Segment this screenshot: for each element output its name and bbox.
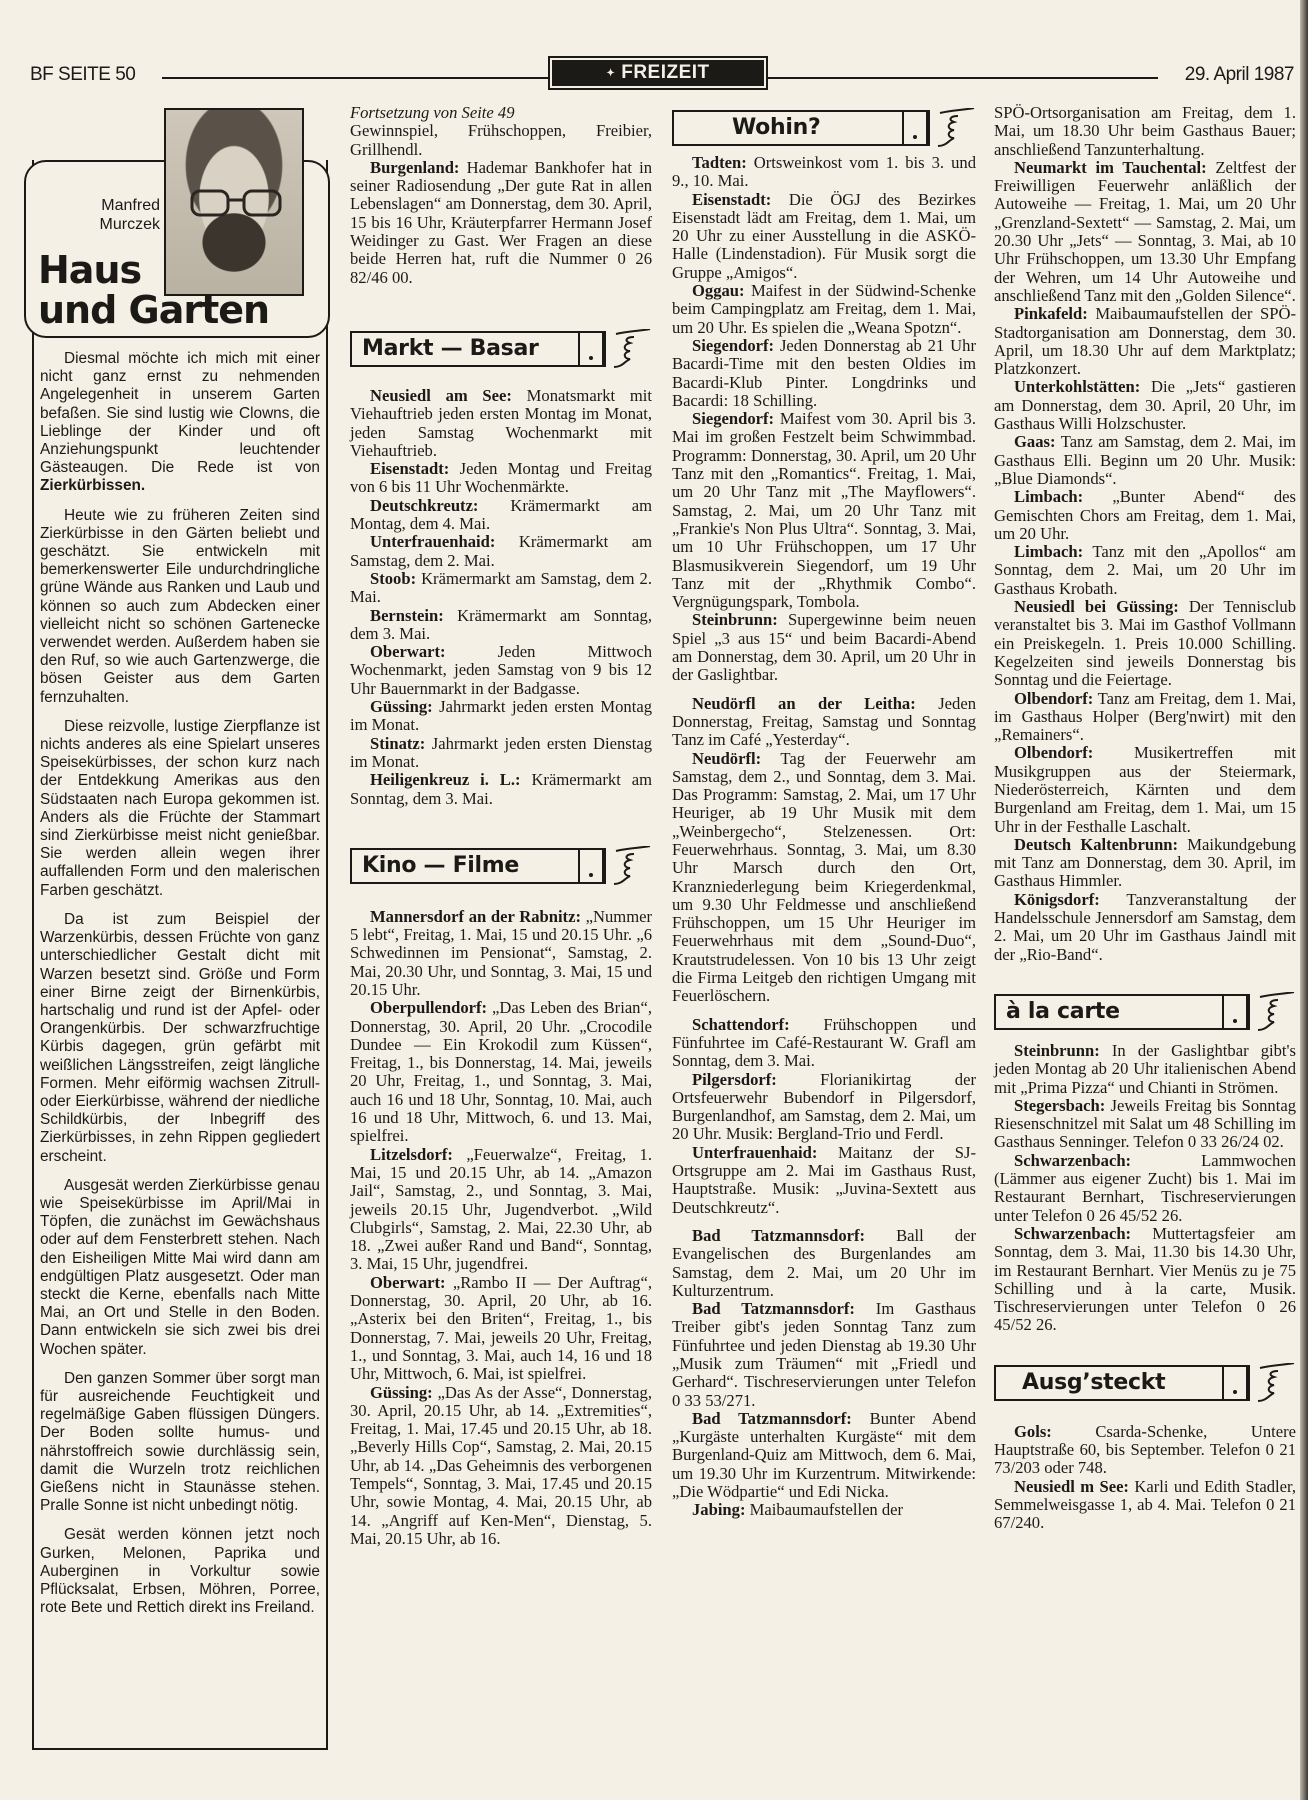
section-title: Kino — Filme <box>362 852 519 880</box>
listing-entry: Olbendorf: Musikertreffen mit Musikgrupp… <box>994 744 1296 835</box>
glasses-icon <box>188 188 284 218</box>
listing-entry: Gaas: Tanz am Samstag, dem 2. Mai, im Ga… <box>994 433 1296 488</box>
paragraph: Heute wie zu früheren Zeiten sind Zierkü… <box>40 507 320 707</box>
listing-entry: Königsdorf: Tanzveranstaltung der Handel… <box>994 891 1296 964</box>
paragraph: Gesät werden können jetzt noch Gurken, M… <box>40 1526 320 1617</box>
listing-entry: Tadten: Ortsweinkost vom 1. bis 3. und 9… <box>672 154 976 191</box>
listing-entry: Pinkafeld: Maibaumaufstellen der SPÖ-Sta… <box>994 305 1296 378</box>
page-edge-shadow <box>1300 0 1308 1800</box>
feature-title-line1: Haus <box>38 252 141 288</box>
continuation-text: SPÖ-Ortsorganisation am Freitag, dem 1. … <box>994 104 1296 159</box>
continuation-note: Fortsetzung von Seite 49 <box>350 104 652 122</box>
listing-entry: Pilgersdorf: Florianikirtag der Ortsfeue… <box>672 1071 976 1144</box>
section-title: Markt — Basar <box>362 335 539 363</box>
listing-entry: Neusiedl bei Güssing: Der Tennisclub ver… <box>994 598 1296 689</box>
listing-entry: Deutsch Kaltenbrunn: Maikundgebung mit T… <box>994 836 1296 891</box>
listing-entry: Deutschkreutz: Krämermarkt am Montag, de… <box>350 497 652 534</box>
listing-entry: Neudörfl: Tag der Feuerwehr am Samstag, … <box>672 750 976 1006</box>
page-number: BF SEITE 50 <box>30 64 135 86</box>
listing-entry: Bad Tatzmannsdorf: Bunter Abend „Kurgäst… <box>672 1410 976 1501</box>
listing-entry: Schwarzenbach: Muttertagsfeier am Sonnta… <box>994 1225 1296 1335</box>
feature-title-line2: und Garten <box>38 292 269 328</box>
issue-date: 29. April 1987 <box>1185 64 1294 86</box>
listing-entry: Litzelsdorf: „Feuerwalze“, Freitag, 1. M… <box>350 1146 652 1274</box>
paragraph: Da ist zum Beispiel der Warzenkürbis, de… <box>40 911 320 1166</box>
section-title: FREIZEIT <box>621 62 709 84</box>
listing-entry: Limbach: Tanz mit den „Apollos“ am Sonnt… <box>994 543 1296 598</box>
listing-entry: Oberpullendorf: „Das Leben des Brian“, D… <box>350 999 652 1145</box>
listing-entry: Stinatz: Jahrmarkt jeden ersten Dienstag… <box>350 735 652 772</box>
pointing-hand-icon <box>918 108 976 148</box>
author-photo <box>164 108 304 296</box>
listing-entry: Bad Tatzmannsdorf: Ball der Evangelische… <box>672 1227 976 1300</box>
listing-entry: Steinbrunn: Supergewinne beim neuen Spie… <box>672 611 976 684</box>
listing-entry: Eisenstadt: Die ÖGJ des Bezirkes Eisenst… <box>672 191 976 282</box>
listing-entry: Güssing: „Das As der Asse“, Donnerstag, … <box>350 1384 652 1549</box>
listing-entry: Neumarkt im Tauchental: Zeltfest der Fre… <box>994 159 1296 305</box>
listing-entry: Oberwart: „Rambo II — Der Auftrag“, Donn… <box>350 1274 652 1384</box>
column-3: Wohin? Tadten: Ortsweinkost vom 1. bis 3… <box>672 108 976 1520</box>
section-title: Ausg’steckt <box>1022 1369 1165 1397</box>
section-title: à la carte <box>1006 998 1120 1026</box>
column-2: Fortsetzung von Seite 49 Gewinnspiel, Fr… <box>350 104 652 1548</box>
listing-entry: Eisenstadt: Jeden Montag und Freitag von… <box>350 460 652 497</box>
header-rule-right <box>768 77 1158 79</box>
listing-entry: Steinbrunn: In der Gaslightbar gibt's je… <box>994 1042 1296 1097</box>
listing-entry: Bad Tatzmannsdorf: Im Gasthaus Treiber g… <box>672 1300 976 1410</box>
paragraph: Den ganzen Sommer über sorgt man für aus… <box>40 1370 320 1516</box>
pointing-hand-icon <box>594 846 652 886</box>
paragraph: Diesmal möchte ich mich mit einer nicht … <box>40 350 320 496</box>
pointing-hand-icon <box>1238 992 1296 1032</box>
listing-entry: Schattendorf: Frühschoppen und Fünfuhrte… <box>672 1016 976 1071</box>
listing-entry: Schwarzenbach: Lammwochen (Lämmer aus ei… <box>994 1152 1296 1225</box>
section-header-markt: Markt — Basar <box>350 329 652 369</box>
section-header-ausgsteckt: Ausg’steckt <box>994 1363 1296 1403</box>
section-title: Wohin? <box>732 114 820 142</box>
listing-entry: Neusiedl m See: Karli und Edith Stadler,… <box>994 1478 1296 1533</box>
listing-entry: Unterfrauenhaid: Maitanz der SJ-Ortsgrup… <box>672 1144 976 1217</box>
listing-entry: Mannersdorf an der Rabnitz: „Nummer 5 le… <box>350 908 652 999</box>
listing-entry: Heiligenkreuz i. L.: Krämermarkt am Sonn… <box>350 771 652 808</box>
section-header-wohin: Wohin? <box>672 108 976 148</box>
listing-entry: Olbendorf: Tanz am Freitag, dem 1. Mai, … <box>994 690 1296 745</box>
header-rule-left <box>162 77 548 79</box>
pointing-hand-icon <box>594 329 652 369</box>
continuation-text: Gewinnspiel, Frühschoppen, Freibier, Gri… <box>350 122 652 159</box>
listing-entry: Gols: Csarda-Schenke, Untere Hauptstraße… <box>994 1423 1296 1478</box>
listing-entry: Burgenland: Hademar Bankhofer hat in sei… <box>350 159 652 287</box>
listing-entry: Siegendorf: Jeden Donnerstag ab 21 Uhr B… <box>672 337 976 410</box>
listing-entry: Limbach: „Bunter Abend“ des Gemischten C… <box>994 488 1296 543</box>
listing-entry: Bernstein: Krämermarkt am Sonntag, dem 3… <box>350 607 652 644</box>
listing-entry: Neudörfl an der Leitha: Jeden Donnerstag… <box>672 695 976 750</box>
author-byline: Manfred Murczek <box>60 196 160 234</box>
section-banner: ✦FREIZEIT <box>548 56 768 90</box>
section-header-alacarte: à la carte <box>994 992 1296 1032</box>
listing-entry: Unterfrauenhaid: Krämermarkt am Samstag,… <box>350 533 652 570</box>
listing-entry: Unterkohlstätten: Die „Jets“ gastieren a… <box>994 378 1296 433</box>
paragraph: Diese reizvolle, lustige Zierpflanze ist… <box>40 718 320 900</box>
listing-entry: Stoob: Krämermarkt am Samstag, dem 2. Ma… <box>350 570 652 607</box>
listing-entry: Stegersbach: Jeweils Freitag bis Sonntag… <box>994 1097 1296 1152</box>
listing-entry: Neusiedl am See: Monatsmarkt mit Viehauf… <box>350 387 652 460</box>
section-header-kino: Kino — Filme <box>350 846 652 886</box>
bullet-icon: ✦ <box>606 68 615 79</box>
listing-entry: Jabing: Maibaumaufstellen der <box>672 1501 976 1519</box>
pointing-hand-icon <box>1238 1363 1296 1403</box>
listing-entry: Oberwart: Jeden Mittwoch Wochenmarkt, je… <box>350 643 652 698</box>
paragraph: Ausgesät werden Zierkürbisse genau wie S… <box>40 1177 320 1359</box>
listing-entry: Siegendorf: Maifest vom 30. April bis 3.… <box>672 410 976 611</box>
column-4: SPÖ-Ortsorganisation am Freitag, dem 1. … <box>994 104 1296 1532</box>
listing-entry: Güssing: Jahrmarkt jeden ersten Montag i… <box>350 698 652 735</box>
listing-entry: Oggau: Maifest in der Südwind-Schenke be… <box>672 282 976 337</box>
feature-body: Diesmal möchte ich mich mit einer nicht … <box>40 350 320 1628</box>
